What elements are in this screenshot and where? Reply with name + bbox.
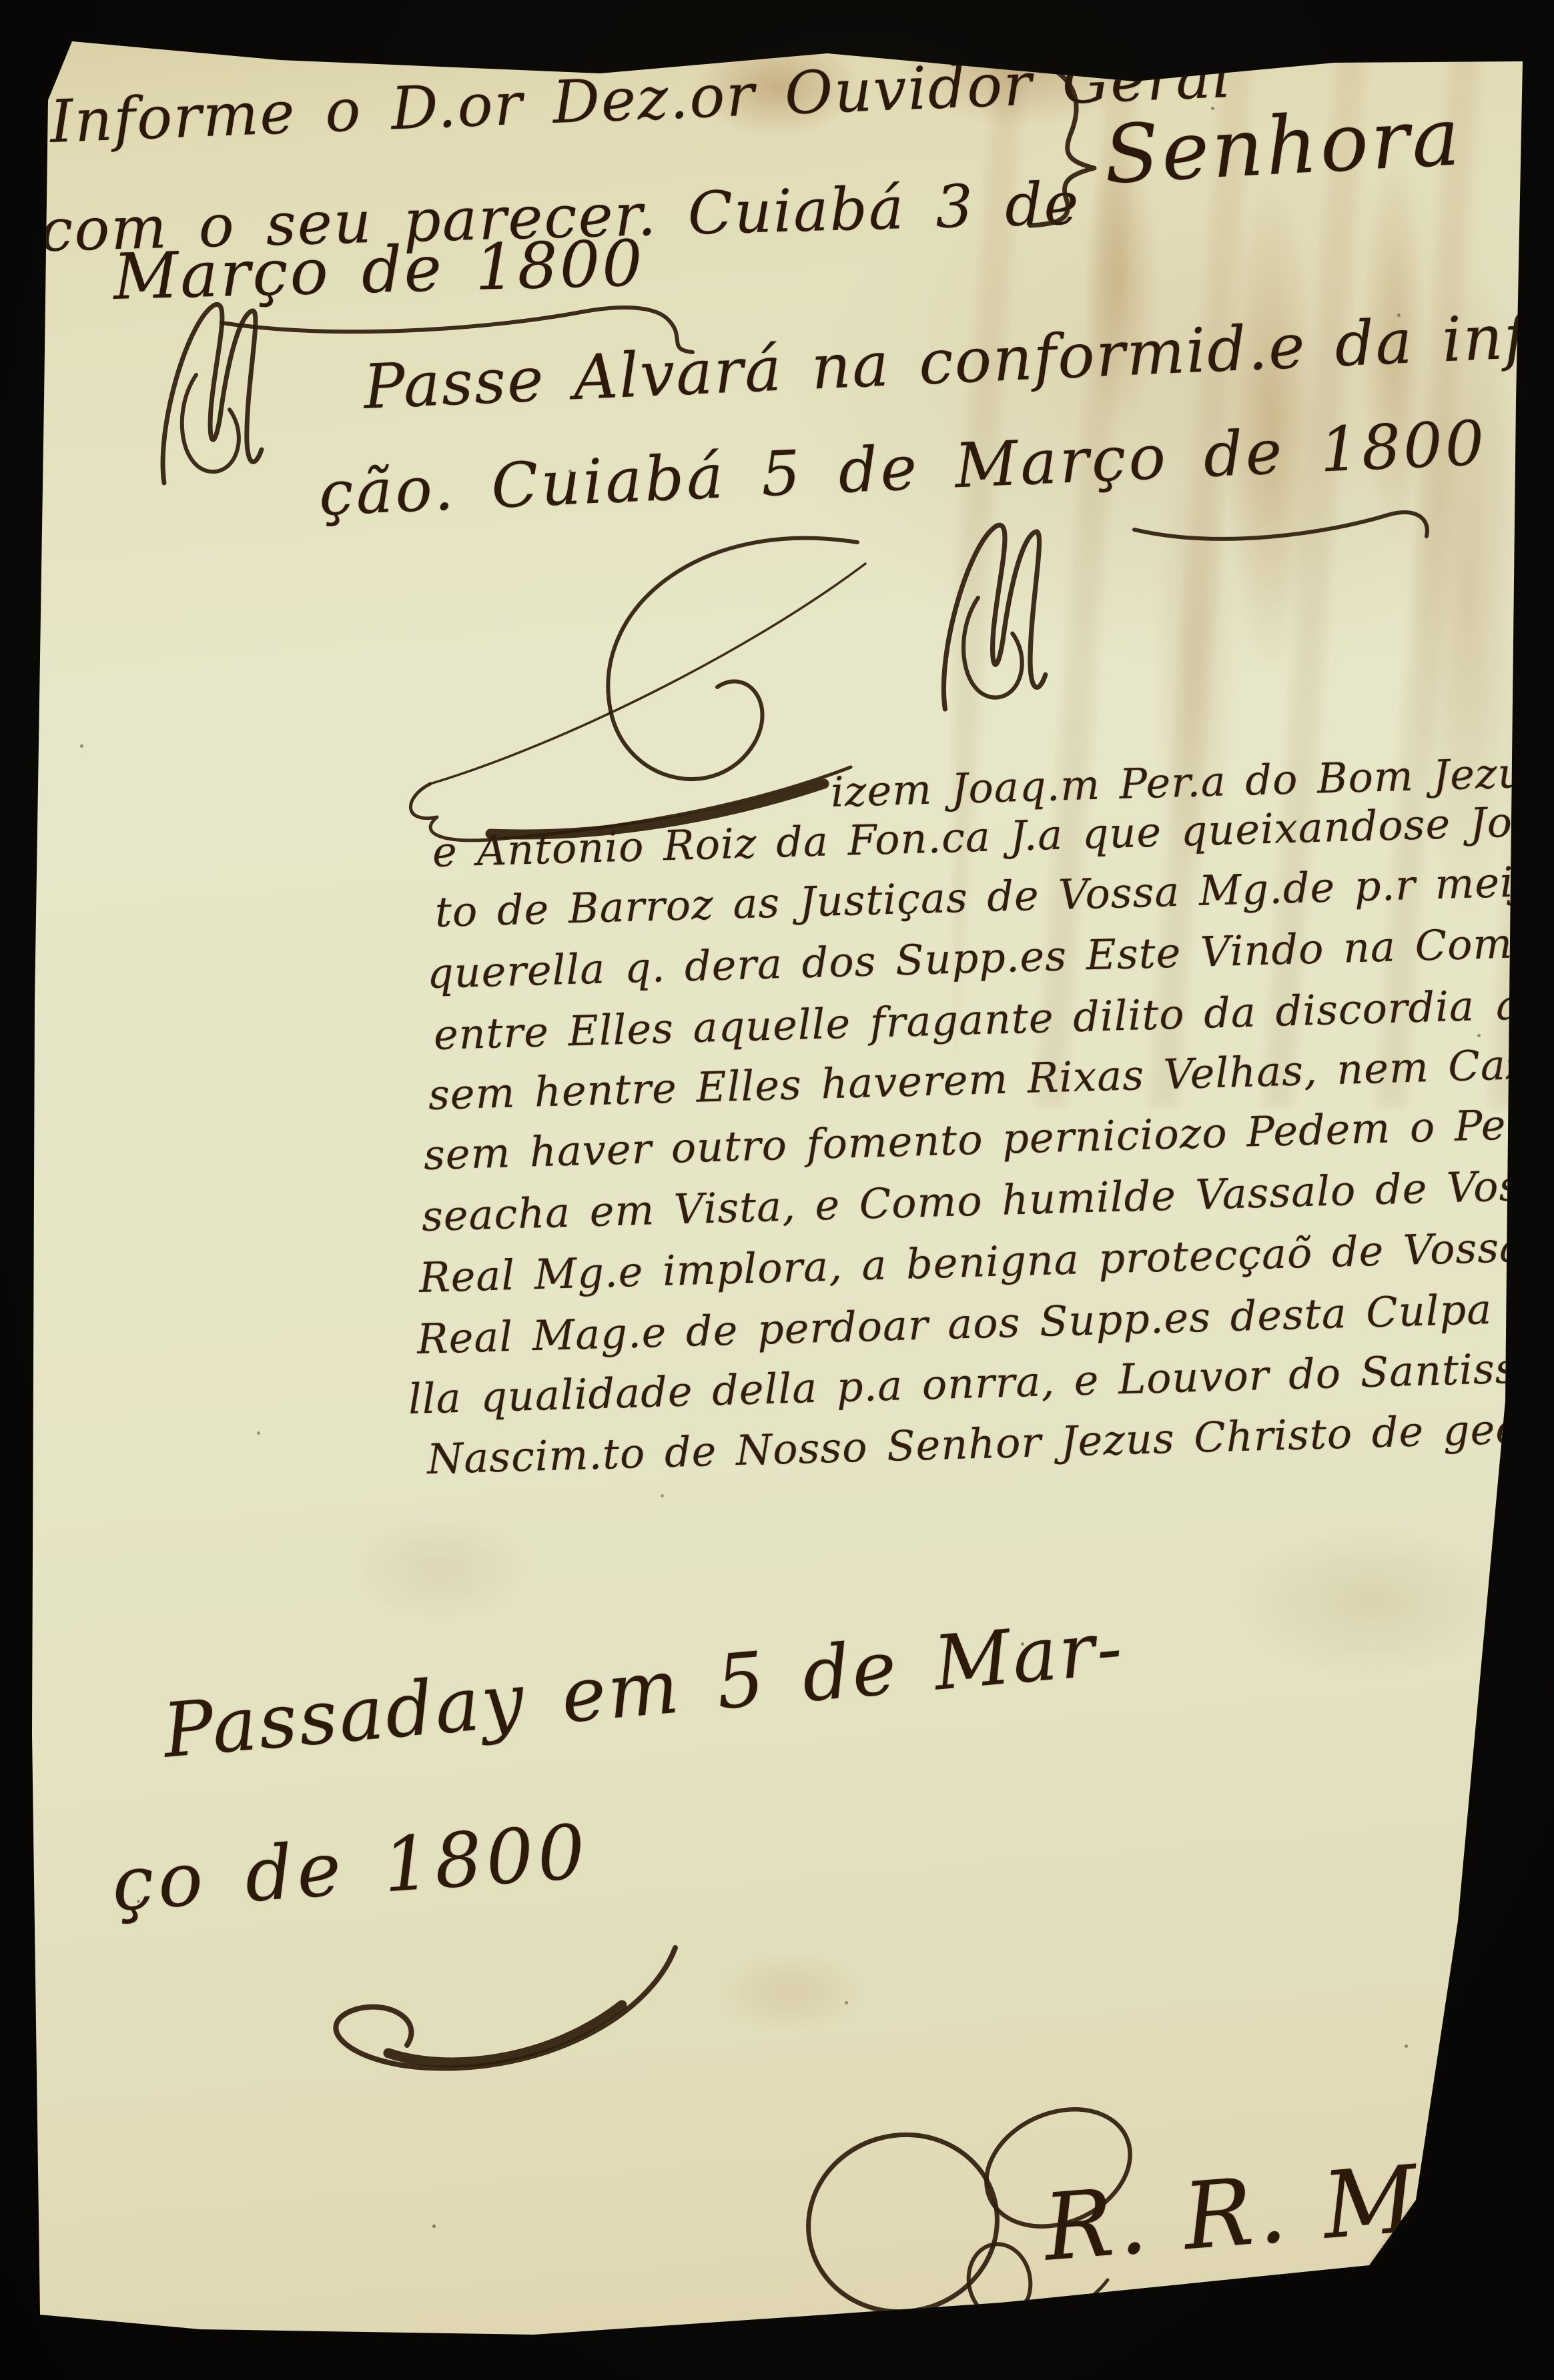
left-rubric-flourish <box>155 295 265 495</box>
closing-underline-flourish <box>248 1932 702 2092</box>
photograph-background: Informe o D.or Dez.or Ouvidor Geral com … <box>0 0 1554 2380</box>
addressee: Senhora <box>1102 91 1464 202</box>
despacho-underline-flourish <box>1126 492 1440 566</box>
middle-rubric-flourish <box>935 515 1049 722</box>
ink-specks <box>0 0 3 3</box>
initial-letter-flourish <box>390 530 897 850</box>
brace-flourish <box>1020 53 1113 233</box>
manuscript-page: Informe o D.or Dez.or Ouvidor Geral com … <box>0 0 1554 2380</box>
